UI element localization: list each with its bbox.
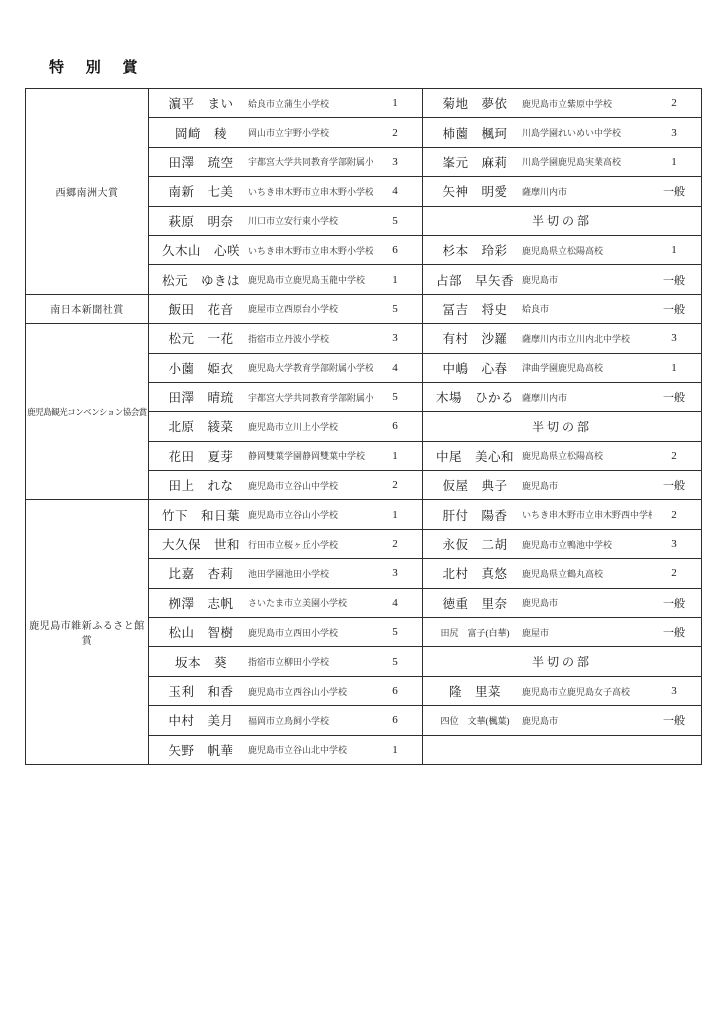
recipient-grade: 6	[373, 244, 417, 256]
entry-cell: 坂本 葵指宿市立柳田小学校5	[149, 647, 423, 676]
entry-row-content: 玉利 和香鹿児島市立西谷山小学校6	[149, 682, 422, 700]
entry-row-content: 濵平 まい姶良市立蒲生小学校1	[149, 94, 422, 112]
recipient-name: 松山 智樹	[154, 623, 248, 641]
recipient-school: 指宿市立丹波小学校	[248, 332, 373, 345]
recipient-school: 鹿屋市立西原台小学校	[248, 302, 373, 315]
recipient-school: さいたま市立美園小学校	[248, 596, 373, 609]
recipient-school: いちき串木野市立串木野小学校	[248, 185, 373, 198]
award-category: 鹿児島市維新ふるさと館賞	[26, 500, 149, 765]
recipient-grade: 4	[373, 362, 417, 374]
recipient-grade: 一般	[652, 183, 696, 199]
recipient-grade: 2	[373, 127, 417, 139]
entry-row-content: 大久保 世和行田市立桜ヶ丘小学校2	[149, 535, 422, 553]
recipient-name: 坂本 葵	[154, 653, 248, 671]
entry-row-content: 小薗 姫衣鹿児島大学教育学部附属小学校4	[149, 359, 422, 377]
recipient-school: 薩摩川内市立川内北中学校	[522, 332, 652, 345]
recipient-school: 鹿児島市立鴨池中学校	[522, 538, 652, 551]
recipient-grade: 1	[373, 97, 417, 109]
entry-row-content: 仮屋 典子鹿児島市一般	[423, 476, 701, 494]
section-header-label: 半切の部	[532, 655, 592, 669]
recipient-name: 矢野 帆華	[154, 741, 248, 759]
recipient-grade: 1	[373, 744, 417, 756]
recipient-grade: 5	[373, 391, 417, 403]
entry-row-content: 木場 ひかる薩摩川内市一般	[423, 388, 701, 406]
table-row: 西郷南洲大賞濵平 まい姶良市立蒲生小学校1菊地 夢依鹿児島市立紫原中学校2	[26, 89, 702, 118]
recipient-name: 濵平 まい	[154, 94, 248, 112]
recipient-school: 福岡市立鳥飼小学校	[248, 714, 373, 727]
recipient-school: 鹿児島市立鹿児島女子高校	[522, 685, 652, 698]
entry-cell: 松山 智樹鹿児島市立西田小学校5	[149, 618, 423, 647]
recipient-name: 矢神 明愛	[428, 182, 522, 200]
recipient-grade: 一般	[652, 595, 696, 611]
entry-cell: 木場 ひかる薩摩川内市一般	[423, 382, 702, 411]
recipient-name: 占部 早矢香	[428, 271, 522, 289]
recipient-school: 鹿児島市立川上小学校	[248, 420, 373, 433]
recipient-name: 中嶋 心春	[428, 359, 522, 377]
entry-cell: 田上 れな鹿児島市立谷山中学校2	[149, 471, 423, 500]
entry-cell: 隆 里菜鹿児島市立鹿児島女子高校3	[423, 676, 702, 705]
entry-row-content: 松山 智樹鹿児島市立西田小学校5	[149, 623, 422, 641]
recipient-school: 鹿児島県立鶴丸高校	[522, 567, 652, 580]
recipient-grade: 2	[652, 450, 696, 462]
recipient-grade: 3	[652, 127, 696, 139]
entry-row-content: 冨吉 将史姶良市一般	[423, 300, 701, 318]
recipient-school: 鹿児島県立松陽高校	[522, 449, 652, 462]
recipient-school: 鹿児島市立西谷山小学校	[248, 685, 373, 698]
entry-cell: 竹下 和日葉鹿児島市立谷山小学校1	[149, 500, 423, 529]
recipient-school: 指宿市立柳田小学校	[248, 655, 373, 668]
entry-row-content: 北原 綾菜鹿児島市立川上小学校6	[149, 417, 422, 435]
recipient-school: いちき串木野市立串木野西中学校	[522, 508, 652, 521]
entry-row-content: 杉本 玲彩鹿児島県立松陽高校1	[423, 241, 701, 259]
recipient-grade: 1	[373, 509, 417, 521]
recipient-school: 鹿児島大学教育学部附属小学校	[248, 361, 373, 374]
entry-cell: 四位 文華(楓葉)鹿児島市一般	[423, 706, 702, 735]
recipient-name: 冨吉 将史	[428, 300, 522, 318]
recipient-school: 鹿児島市立鹿児島玉龍中学校	[248, 273, 373, 286]
section-header: 半切の部	[423, 412, 702, 441]
recipient-school: 鹿児島市	[522, 714, 652, 727]
entry-row-content: 中嶋 心春津曲学園鹿児島高校1	[423, 359, 701, 377]
entry-cell: 菊地 夢依鹿児島市立紫原中学校2	[423, 89, 702, 118]
recipient-school: 宇都宮大学共同教育学部附属小学校	[248, 391, 373, 404]
entry-cell: 大久保 世和行田市立桜ヶ丘小学校2	[149, 529, 423, 558]
recipient-grade: 一般	[652, 712, 696, 728]
entry-cell: 小薗 姫衣鹿児島大学教育学部附属小学校4	[149, 353, 423, 382]
section-header-label: 半切の部	[532, 214, 592, 228]
entry-row-content: 肝付 陽香いちき串木野市立串木野西中学校2	[423, 506, 701, 524]
recipient-grade: 1	[652, 244, 696, 256]
recipient-school: 鹿児島市立紫原中学校	[522, 97, 652, 110]
recipient-school: 行田市立桜ヶ丘小学校	[248, 538, 373, 551]
page-title: 特 別 賞	[49, 56, 147, 77]
recipient-school: 鹿児島県立松陽高校	[522, 244, 652, 257]
recipient-name: 北原 綾菜	[154, 417, 248, 435]
entry-row-content: 久木山 心咲いちき串木野市立串木野小学校6	[149, 241, 422, 259]
recipient-grade: 1	[373, 274, 417, 286]
recipient-school: 薩摩川内市	[522, 185, 652, 198]
recipient-school: 岡山市立宇野小学校	[248, 126, 373, 139]
recipient-grade: 5	[373, 656, 417, 668]
entry-row-content: 岡﨑 稜岡山市立宇野小学校2	[149, 124, 422, 142]
entry-row-content: 中村 美月福岡市立鳥飼小学校6	[149, 711, 422, 729]
recipient-school: 池田学園池田小学校	[248, 567, 373, 580]
recipient-school: 鹿児島市立谷山北中学校	[248, 743, 373, 756]
recipient-school: いちき串木野市立串木野小学校	[248, 244, 373, 257]
recipient-school: 川口市立安行東小学校	[248, 214, 373, 227]
recipient-name: 南新 七美	[154, 182, 248, 200]
recipient-school: 姶良市	[522, 302, 652, 315]
recipient-school: 鹿児島市立谷山中学校	[248, 479, 373, 492]
recipient-name: 四位 文華(楓葉)	[428, 714, 522, 727]
recipient-name: 比嘉 杏莉	[154, 564, 248, 582]
award-category: 南日本新聞社賞	[26, 294, 149, 323]
recipient-name: 田澤 琉空	[154, 153, 248, 171]
recipient-school: 鹿児島市	[522, 273, 652, 286]
entry-cell: 北村 真悠鹿児島県立鶴丸高校2	[423, 559, 702, 588]
entry-cell: 久木山 心咲いちき串木野市立串木野小学校6	[149, 235, 423, 264]
recipient-name: 仮屋 典子	[428, 476, 522, 494]
recipient-grade: 3	[373, 156, 417, 168]
recipient-grade: 3	[652, 332, 696, 344]
section-header: 半切の部	[423, 206, 702, 235]
recipient-grade: 一般	[652, 624, 696, 640]
entry-row-content: 花田 夏芽静岡雙葉学園静岡雙葉中学校1	[149, 447, 422, 465]
entry-cell: 徳重 里奈鹿児島市一般	[423, 588, 702, 617]
entry-cell: 中嶋 心春津曲学園鹿児島高校1	[423, 353, 702, 382]
recipient-name: 中村 美月	[154, 711, 248, 729]
entry-cell: 岡﨑 稜岡山市立宇野小学校2	[149, 118, 423, 147]
entry-row-content: 飯田 花音鹿屋市立西原台小学校5	[149, 300, 422, 318]
entry-cell: 矢神 明愛薩摩川内市一般	[423, 177, 702, 206]
recipient-name: 松元 ゆきは	[154, 271, 248, 289]
entry-row-content: 徳重 里奈鹿児島市一般	[423, 594, 701, 612]
entry-cell: 田尻 富子(白華)鹿屋市一般	[423, 618, 702, 647]
recipient-name: 大久保 世和	[154, 535, 248, 553]
entry-row-content: 松元 ゆきは鹿児島市立鹿児島玉龍中学校1	[149, 271, 422, 289]
recipient-grade: 一般	[652, 477, 696, 493]
entry-row-content: 比嘉 杏莉池田学園池田小学校3	[149, 564, 422, 582]
entry-cell: 柿薗 楓珂川島学園れいめい中学校3	[423, 118, 702, 147]
recipient-name: 峯元 麻莉	[428, 153, 522, 171]
recipient-school: 鹿児島市	[522, 596, 652, 609]
entry-row-content: 栁澤 志帆さいたま市立美園小学校4	[149, 594, 422, 612]
table-row: 鹿児島市維新ふるさと館賞竹下 和日葉鹿児島市立谷山小学校1肝付 陽香いちき串木野…	[26, 500, 702, 529]
section-header-label: 半切の部	[532, 420, 592, 434]
recipient-grade: 3	[373, 567, 417, 579]
recipient-grade: 一般	[652, 301, 696, 317]
recipient-name: 松元 一花	[154, 329, 248, 347]
entry-cell: 冨吉 将史姶良市一般	[423, 294, 702, 323]
entry-row-content: 田上 れな鹿児島市立谷山中学校2	[149, 476, 422, 494]
recipient-name: 有村 沙羅	[428, 329, 522, 347]
entry-cell: 玉利 和香鹿児島市立西谷山小学校6	[149, 676, 423, 705]
recipient-grade: 3	[652, 685, 696, 697]
recipient-grade: 6	[373, 685, 417, 697]
recipient-grade: 2	[652, 567, 696, 579]
entry-row-content: 峯元 麻莉川島学園鹿児島実業高校1	[423, 153, 701, 171]
entry-row-content: 菊地 夢依鹿児島市立紫原中学校2	[423, 94, 701, 112]
recipient-name: 玉利 和香	[154, 682, 248, 700]
award-category: 西郷南洲大賞	[26, 89, 149, 295]
recipient-school: 静岡雙葉学園静岡雙葉中学校	[248, 449, 373, 462]
entry-row-content: 坂本 葵指宿市立柳田小学校5	[149, 653, 422, 671]
entry-cell: 栁澤 志帆さいたま市立美園小学校4	[149, 588, 423, 617]
recipient-name: 杉本 玲彩	[428, 241, 522, 259]
recipient-name: 中尾 美心和	[428, 447, 522, 465]
recipient-grade: 5	[373, 626, 417, 638]
recipient-school: 鹿児島市立谷山小学校	[248, 508, 373, 521]
recipient-name: 栁澤 志帆	[154, 594, 248, 612]
entry-cell: 永仮 二胡鹿児島市立鴨池中学校3	[423, 529, 702, 558]
recipient-grade: 1	[373, 450, 417, 462]
entry-cell: 花田 夏芽静岡雙葉学園静岡雙葉中学校1	[149, 441, 423, 470]
recipient-grade: 1	[652, 362, 696, 374]
recipient-school: 鹿児島市	[522, 479, 652, 492]
recipient-school: 宇都宮大学共同教育学部附属小学校	[248, 155, 373, 168]
recipient-school: 姶良市立蒲生小学校	[248, 97, 373, 110]
entry-cell: 占部 早矢香鹿児島市一般	[423, 265, 702, 294]
recipient-name: 岡﨑 稜	[154, 124, 248, 142]
recipient-grade: 1	[652, 156, 696, 168]
entry-cell: 濵平 まい姶良市立蒲生小学校1	[149, 89, 423, 118]
entry-cell: 肝付 陽香いちき串木野市立串木野西中学校2	[423, 500, 702, 529]
entry-row-content: 松元 一花指宿市立丹波小学校3	[149, 329, 422, 347]
recipient-name: 田上 れな	[154, 476, 248, 494]
entry-row-content: 竹下 和日葉鹿児島市立谷山小学校1	[149, 506, 422, 524]
entry-cell: 杉本 玲彩鹿児島県立松陽高校1	[423, 235, 702, 264]
recipient-name: 隆 里菜	[428, 682, 522, 700]
recipient-school: 鹿児島市立西田小学校	[248, 626, 373, 639]
recipient-grade: 2	[373, 479, 417, 491]
entry-row-content: 永仮 二胡鹿児島市立鴨池中学校3	[423, 535, 701, 553]
table-row: 鹿児島観光コンベンション協会賞松元 一花指宿市立丹波小学校3有村 沙羅薩摩川内市…	[26, 324, 702, 353]
recipient-name: 田尻 富子(白華)	[428, 626, 522, 639]
entry-row-content: 南新 七美いちき串木野市立串木野小学校4	[149, 182, 422, 200]
entry-row-content: 隆 里菜鹿児島市立鹿児島女子高校3	[423, 682, 701, 700]
recipient-name: 花田 夏芽	[154, 447, 248, 465]
recipient-name: 竹下 和日葉	[154, 506, 248, 524]
entry-row-content: 四位 文華(楓葉)鹿児島市一般	[423, 712, 701, 728]
entry-cell: 中尾 美心和鹿児島県立松陽高校2	[423, 441, 702, 470]
entry-row-content: 中尾 美心和鹿児島県立松陽高校2	[423, 447, 701, 465]
table-row: 南日本新聞社賞飯田 花音鹿屋市立西原台小学校5冨吉 将史姶良市一般	[26, 294, 702, 323]
entry-cell: 仮屋 典子鹿児島市一般	[423, 471, 702, 500]
recipient-school: 川島学園鹿児島実業高校	[522, 155, 652, 168]
entry-row-content: 有村 沙羅薩摩川内市立川内北中学校3	[423, 329, 701, 347]
entry-row-content: 矢神 明愛薩摩川内市一般	[423, 182, 701, 200]
entry-cell: 有村 沙羅薩摩川内市立川内北中学校3	[423, 324, 702, 353]
recipient-grade: 2	[652, 97, 696, 109]
recipient-grade: 3	[373, 332, 417, 344]
recipient-name: 菊地 夢依	[428, 94, 522, 112]
entry-row-content: 矢野 帆華鹿児島市立谷山北中学校1	[149, 741, 422, 759]
entry-cell: 北原 綾菜鹿児島市立川上小学校6	[149, 412, 423, 441]
entry-cell: 田澤 晴琉宇都宮大学共同教育学部附属小学校5	[149, 382, 423, 411]
recipient-grade: 5	[373, 303, 417, 315]
entry-row-content: 田澤 琉空宇都宮大学共同教育学部附属小学校3	[149, 153, 422, 171]
recipient-grade: 2	[373, 538, 417, 550]
award-category: 鹿児島観光コンベンション協会賞	[26, 324, 149, 500]
recipient-name: 北村 真悠	[428, 564, 522, 582]
entry-row-content: 田尻 富子(白華)鹿屋市一般	[423, 624, 701, 640]
entry-cell: 比嘉 杏莉池田学園池田小学校3	[149, 559, 423, 588]
recipient-grade: 4	[373, 597, 417, 609]
recipient-name: 木場 ひかる	[428, 388, 522, 406]
recipient-grade: 6	[373, 714, 417, 726]
recipient-school: 津曲学園鹿児島高校	[522, 361, 652, 374]
recipient-name: 田澤 晴琉	[154, 388, 248, 406]
recipient-name: 久木山 心咲	[154, 241, 248, 259]
entry-cell: 峯元 麻莉川島学園鹿児島実業高校1	[423, 147, 702, 176]
recipient-grade: 3	[652, 538, 696, 550]
recipient-name: 徳重 里奈	[428, 594, 522, 612]
recipient-name: 萩原 明奈	[154, 212, 248, 230]
recipient-grade: 6	[373, 420, 417, 432]
recipient-school: 薩摩川内市	[522, 391, 652, 404]
entry-cell: 松元 一花指宿市立丹波小学校3	[149, 324, 423, 353]
recipient-school: 川島学園れいめい中学校	[522, 126, 652, 139]
entry-cell: 飯田 花音鹿屋市立西原台小学校5	[149, 294, 423, 323]
entry-cell: 矢野 帆華鹿児島市立谷山北中学校1	[149, 735, 423, 764]
entry-cell: 松元 ゆきは鹿児島市立鹿児島玉龍中学校1	[149, 265, 423, 294]
recipient-name: 小薗 姫衣	[154, 359, 248, 377]
section-header: 半切の部	[423, 647, 702, 676]
entry-row-content: 北村 真悠鹿児島県立鶴丸高校2	[423, 564, 701, 582]
recipient-school: 鹿屋市	[522, 626, 652, 639]
entry-row-content: 萩原 明奈川口市立安行東小学校5	[149, 212, 422, 230]
entry-row-content: 田澤 晴琉宇都宮大学共同教育学部附属小学校5	[149, 388, 422, 406]
recipient-name: 肝付 陽香	[428, 506, 522, 524]
entry-cell: 田澤 琉空宇都宮大学共同教育学部附属小学校3	[149, 147, 423, 176]
entry-row-content: 柿薗 楓珂川島学園れいめい中学校3	[423, 124, 701, 142]
recipient-grade: 一般	[652, 272, 696, 288]
entry-cell: 萩原 明奈川口市立安行東小学校5	[149, 206, 423, 235]
entry-row-content: 占部 早矢香鹿児島市一般	[423, 271, 701, 289]
entry-cell: 南新 七美いちき串木野市立串木野小学校4	[149, 177, 423, 206]
recipient-grade: 4	[373, 185, 417, 197]
awards-table: 西郷南洲大賞濵平 まい姶良市立蒲生小学校1菊地 夢依鹿児島市立紫原中学校2岡﨑 …	[25, 88, 702, 765]
recipient-grade: 5	[373, 215, 417, 227]
recipient-name: 永仮 二胡	[428, 535, 522, 553]
empty-cell	[423, 735, 702, 764]
recipient-grade: 2	[652, 509, 696, 521]
recipient-name: 飯田 花音	[154, 300, 248, 318]
entry-cell: 中村 美月福岡市立鳥飼小学校6	[149, 706, 423, 735]
document-page: 特 別 賞 西郷南洲大賞濵平 まい姶良市立蒲生小学校1菊地 夢依鹿児島市立紫原中…	[0, 0, 724, 1024]
recipient-grade: 一般	[652, 389, 696, 405]
recipient-name: 柿薗 楓珂	[428, 124, 522, 142]
